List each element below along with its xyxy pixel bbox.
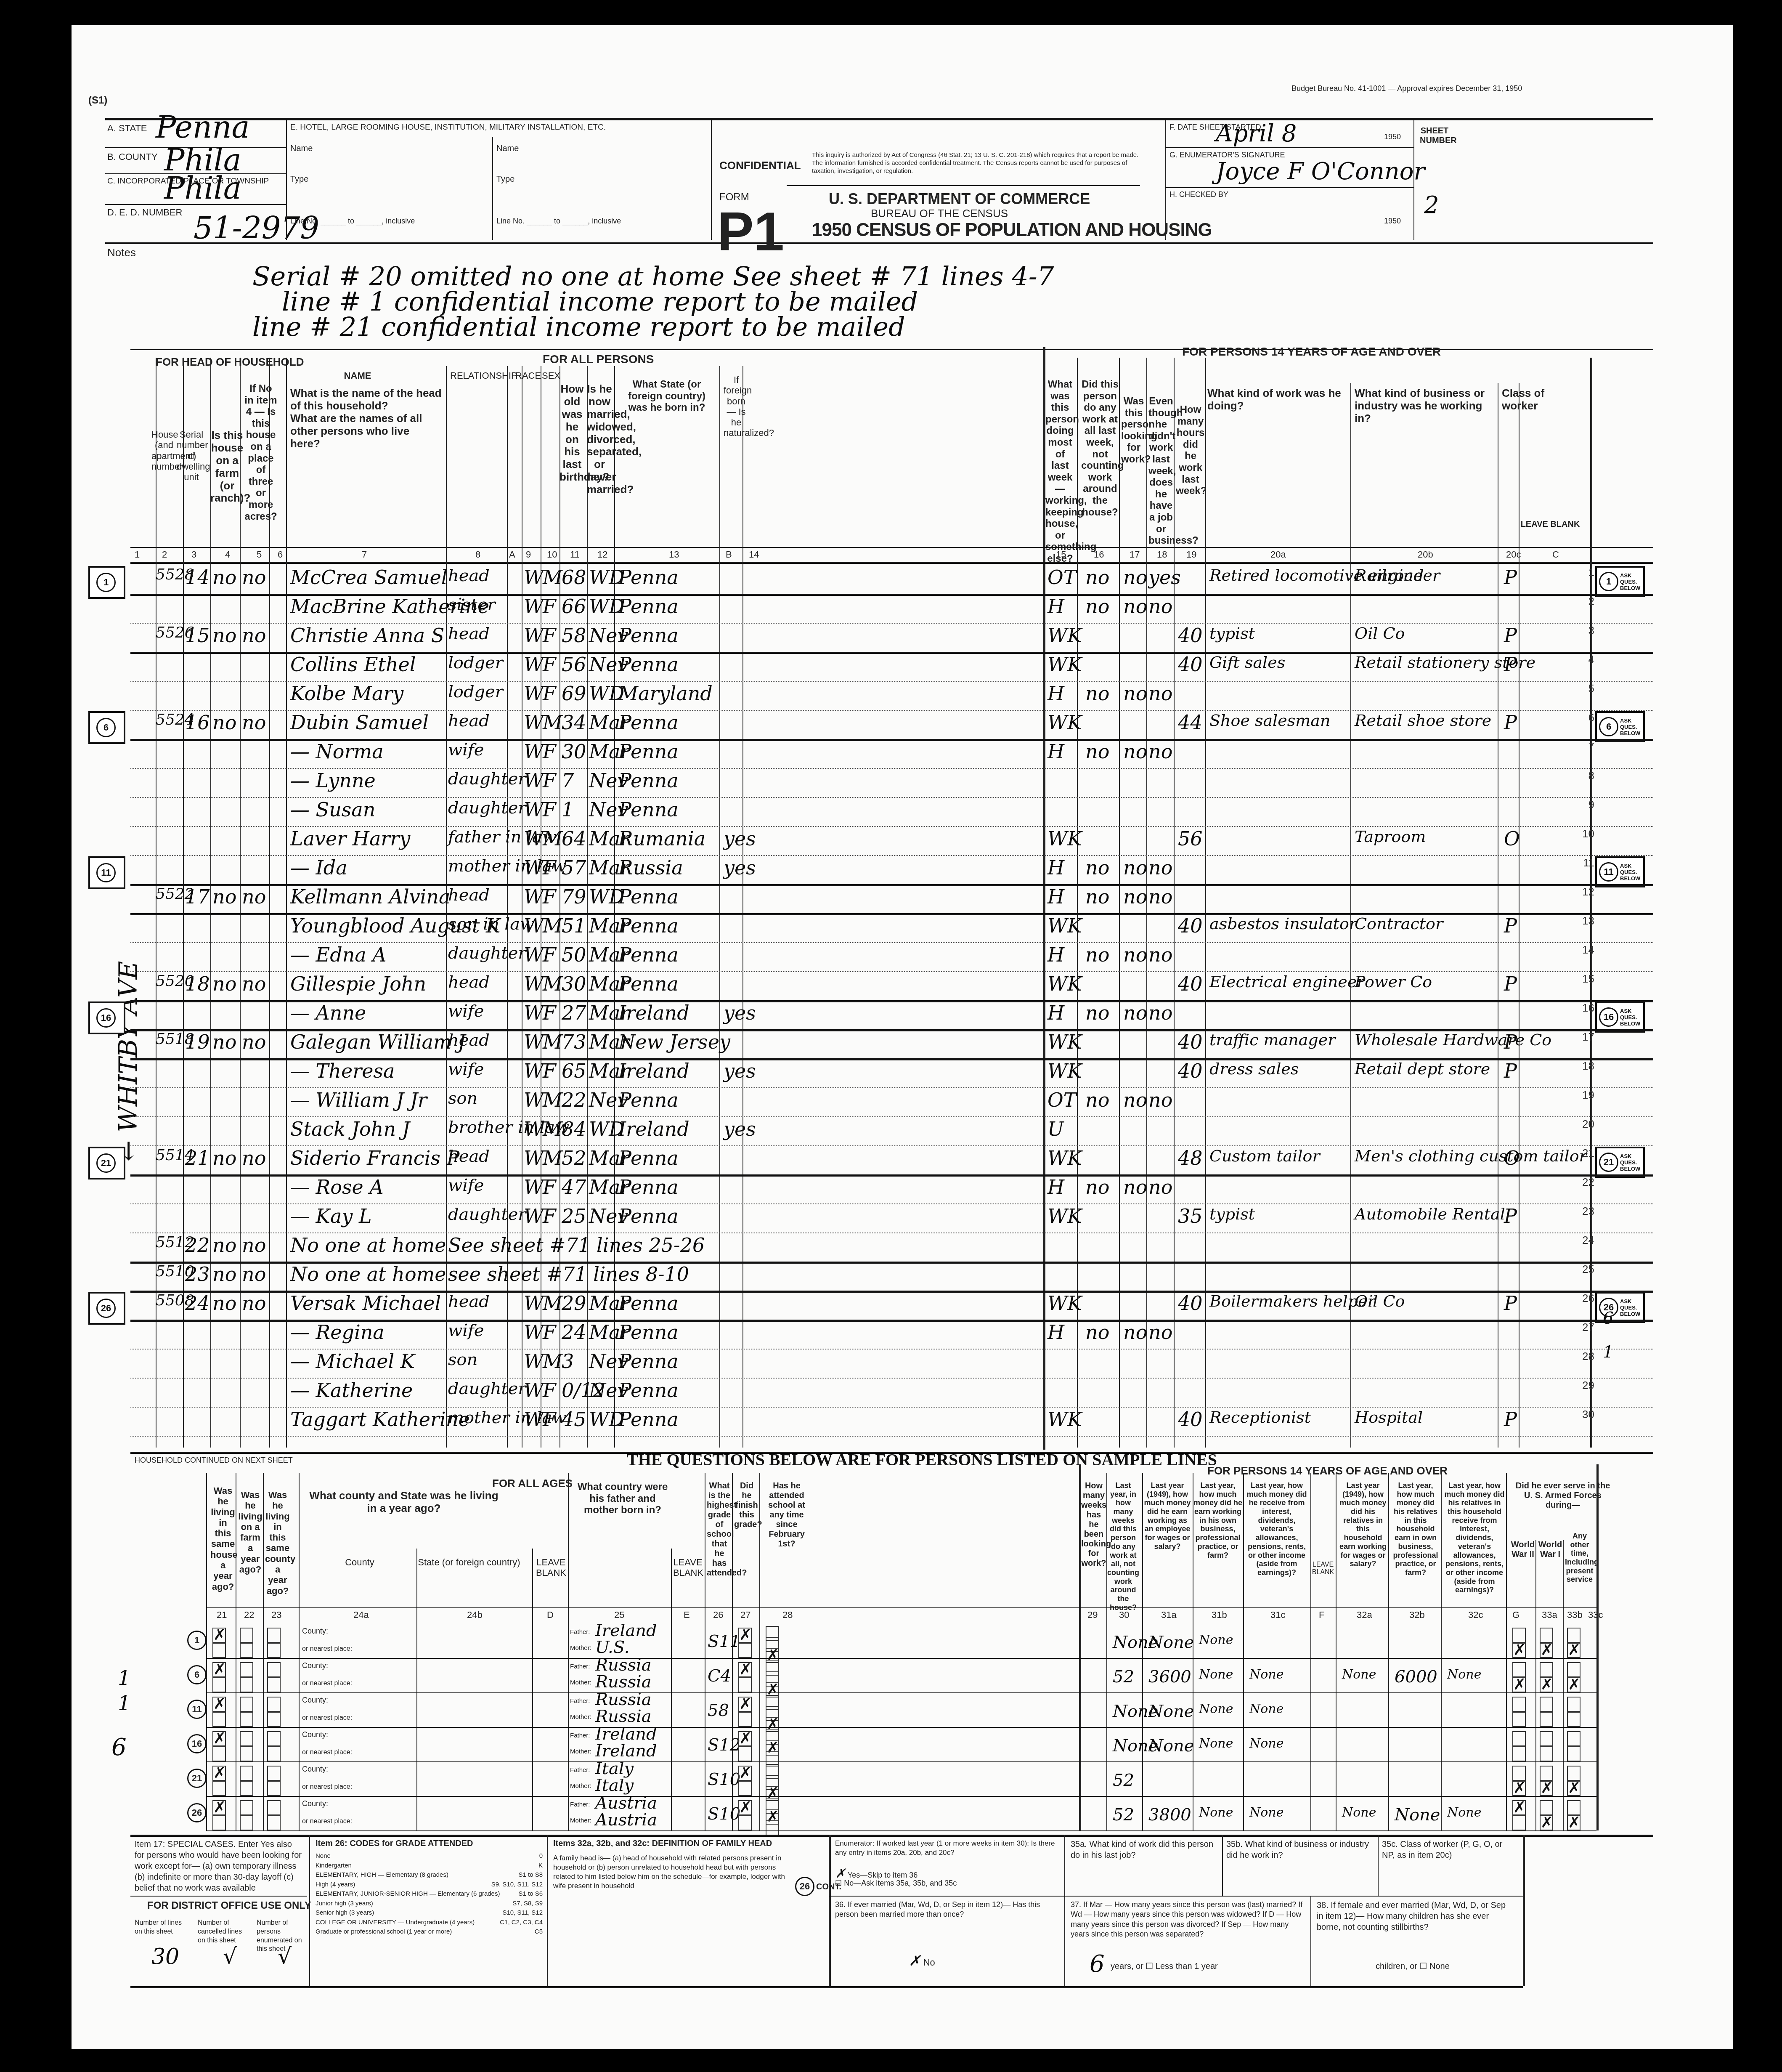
relationship: head [448, 885, 490, 905]
relationship: wife [448, 1176, 484, 1195]
finished-grade-yes-checkbox[interactable]: ✗ [738, 1766, 752, 1781]
same-county-no-checkbox[interactable] [267, 1677, 281, 1692]
same-house-no-checkbox[interactable] [212, 1815, 226, 1830]
same-county-no-checkbox[interactable] [267, 1643, 281, 1658]
table-row: 18— TheresawifeWF65MarIrelandyesWK40dres… [130, 1060, 1653, 1081]
other-service-yes-checkbox[interactable] [1567, 1628, 1580, 1643]
birthplace: Penna [618, 1147, 679, 1169]
notes-label: Notes [107, 246, 136, 259]
special-cases-note: Item 17: SPECIAL CASES. Enter Yes also f… [135, 1839, 303, 1894]
finished-grade-yes-checkbox[interactable]: ✗ [738, 1628, 752, 1643]
sample-number: 16 [1599, 1007, 1618, 1027]
ask-questions-tag: 11ASK QUES. BELOW [1595, 856, 1645, 887]
same-house-yes-checkbox[interactable]: ✗ [212, 1662, 226, 1677]
farm-no-checkbox[interactable] [240, 1746, 253, 1761]
relationship: wife [448, 1001, 484, 1021]
same-house-yes-checkbox[interactable]: ✗ [212, 1731, 226, 1746]
line-number: 18 [1582, 1060, 1594, 1073]
finished-grade-no-checkbox[interactable] [738, 1746, 752, 1761]
mother-label: Mother: [570, 1644, 591, 1652]
has-job: no [1148, 856, 1172, 879]
acres-answer: no [242, 885, 266, 908]
line-number: 6 [1588, 711, 1594, 724]
sex: F [543, 885, 556, 908]
sample-number: 1 [1599, 572, 1618, 591]
ww2-yes-checkbox[interactable] [1512, 1697, 1526, 1712]
col-leave-blank-head: LEAVE BLANK [1519, 520, 1582, 529]
county-label: County: [302, 1730, 328, 1739]
activity: WK [1047, 624, 1082, 647]
farm-no-checkbox[interactable] [240, 1643, 253, 1658]
table-row: 10Laver Harryfather in lawWM64MarRumania… [130, 827, 1653, 848]
age: 34 [562, 711, 586, 734]
farm-no-checkbox[interactable] [240, 1781, 253, 1796]
ww1-yes-checkbox[interactable] [1540, 1662, 1553, 1677]
state-label: a. STATE [107, 123, 147, 134]
other-service-no-checkbox[interactable]: ✗ [1567, 1815, 1580, 1830]
grade-code-value: K [538, 1861, 543, 1871]
col-sex-head: SEX [541, 370, 562, 381]
birthplace: Penna [618, 914, 679, 937]
ww1-no-checkbox[interactable] [1540, 1746, 1553, 1761]
ask-questions-tag: 1ASK QUES. BELOW [1595, 566, 1645, 597]
same-county-yes-checkbox[interactable] [267, 1628, 281, 1643]
grade-code-value: C5 [535, 1927, 543, 1937]
class-of-worker: P [1504, 914, 1517, 937]
sample-line-tag: 6 [88, 711, 125, 744]
school-over-age-checkbox[interactable] [766, 1820, 779, 1836]
grade-code-value: S1 to S8 [518, 1870, 543, 1880]
relatives-business-income: None [1395, 1805, 1440, 1825]
county-label: b. COUNTY [107, 151, 158, 162]
ww2-no-checkbox[interactable] [1512, 1815, 1526, 1830]
farm-yes-checkbox[interactable] [240, 1628, 253, 1643]
same-house-no-checkbox[interactable] [212, 1746, 226, 1761]
finished-grade-no-checkbox[interactable] [738, 1712, 752, 1727]
col-num: 8 [475, 549, 480, 560]
ask-questions-label: ASK QUES. BELOW [1620, 863, 1641, 882]
col-num: 2 [162, 549, 167, 560]
sex: F [543, 653, 556, 676]
line-number: 1 [1588, 566, 1594, 579]
birthplace: Penna [618, 1176, 679, 1198]
farm-yes-checkbox[interactable] [240, 1800, 253, 1815]
col-num: A [509, 549, 515, 560]
occupation: Custom tailor [1209, 1147, 1320, 1165]
age: 57 [562, 856, 586, 879]
age: 25 [562, 1205, 586, 1227]
q21-head: Was he living in this same house a year … [210, 1485, 236, 1592]
serial-number: 17 [185, 885, 210, 908]
q34-text: Enumerator: If worked last year (1 or mo… [835, 1839, 1062, 1857]
activity: WK [1047, 653, 1082, 676]
other-service-yes-checkbox[interactable] [1567, 1662, 1580, 1677]
sex: M [543, 827, 562, 850]
col-num: 1 [135, 549, 140, 560]
naturalized: yes [724, 856, 756, 879]
note-line-3: line # 21 confidential income report to … [252, 311, 905, 342]
person-name: Dubin Samuel [290, 711, 429, 734]
farm-answer: no [212, 566, 236, 589]
line-number: 12 [1582, 885, 1594, 898]
person-name: McCrea Samuel [290, 566, 447, 589]
birthplace: Penna [618, 1292, 679, 1315]
birthplace: Penna [618, 1350, 679, 1373]
business-income: None [1199, 1667, 1233, 1682]
col-marital-head: Is he now married, widowed, divorced, se… [587, 383, 612, 496]
looking-for-work: no [1123, 740, 1147, 763]
col-num: 31b [1212, 1610, 1227, 1620]
birthplace: Penna [618, 1205, 679, 1227]
age: 30 [562, 972, 586, 995]
ww1-no-checkbox[interactable]: ✗ [1540, 1781, 1553, 1796]
col-activity-head: What was this person doing most of last … [1045, 379, 1075, 565]
sample-number: 11 [1599, 862, 1618, 882]
age: 79 [562, 885, 586, 908]
other-service-yes-checkbox[interactable] [1567, 1731, 1580, 1746]
activity: H [1047, 885, 1064, 908]
birthplace: Penna [618, 740, 679, 763]
col-num: 19 [1186, 549, 1196, 560]
person-name: — Lynne [290, 769, 376, 792]
nearest-place-label: or nearest place: [302, 1818, 352, 1825]
finished-grade-yes-checkbox[interactable]: ✗ [738, 1731, 752, 1746]
ww1-no-checkbox[interactable]: ✗ [1540, 1643, 1553, 1658]
race: W [524, 1089, 544, 1111]
table-row: 22— Rose AwifeWF47MarPennaHnonono [130, 1176, 1653, 1197]
hours-worked: 40 [1178, 1408, 1203, 1431]
hours-worked: 56 [1178, 827, 1203, 850]
worked-last-week: no [1085, 856, 1109, 879]
sex: F [543, 769, 556, 792]
section-head-of-household: FOR HEAD OF HOUSEHOLD [156, 356, 304, 369]
same-county-yes-checkbox[interactable] [267, 1800, 281, 1815]
other-service-no-checkbox[interactable]: ✗ [1567, 1643, 1580, 1658]
same-house-yes-checkbox[interactable]: ✗ [212, 1697, 226, 1712]
farm-yes-checkbox[interactable] [240, 1697, 253, 1712]
person-name: — Susan [290, 798, 375, 821]
other-service-no-checkbox[interactable] [1567, 1746, 1580, 1761]
sample-number: 6 [1599, 717, 1618, 736]
other-service-no-checkbox[interactable] [1567, 1712, 1580, 1727]
sample-line-number: 16 [187, 1734, 207, 1753]
q36-answer[interactable]: ✗ No [909, 1952, 935, 1969]
business-income: None [1199, 1633, 1233, 1647]
table-row: 16— AnnewifeWF27MarIrelandyesHnonono1616… [130, 1001, 1653, 1023]
activity: WK [1047, 1147, 1082, 1169]
ww1-yes-checkbox[interactable] [1540, 1628, 1553, 1643]
person-name: No one at home [290, 1234, 446, 1256]
person-name: — Norma [290, 740, 384, 763]
district-office-title: FOR DISTRICT OFFICE USE ONLY [147, 1900, 311, 1912]
birthplace: Maryland [618, 682, 713, 705]
race: W [524, 798, 544, 821]
other-service-yes-checkbox[interactable] [1567, 1800, 1580, 1815]
finished-grade-no-checkbox[interactable] [738, 1677, 752, 1692]
naturalized: yes [724, 827, 756, 850]
worked-last-week: no [1085, 740, 1109, 763]
same-county-yes-checkbox[interactable] [267, 1697, 281, 1712]
table-row: 26550824nonoVersak MichaelheadWM29MarPen… [130, 1292, 1653, 1313]
margin-mark-1: 1 [118, 1666, 131, 1690]
wages-1949: None [1148, 1702, 1194, 1721]
finished-grade-yes-checkbox[interactable]: ✗ [738, 1662, 752, 1677]
sample-line-number: 11 [187, 1700, 207, 1719]
table-row: 3552615nonoChristie Anna SheadWF58NevPen… [130, 624, 1653, 645]
other-service-yes-checkbox[interactable] [1567, 1766, 1580, 1781]
same-county-yes-checkbox[interactable] [267, 1766, 281, 1781]
census-sheet: (S1) Budget Bureau No. 41-1001 — Approva… [72, 25, 1733, 2049]
relationship: head [448, 972, 490, 992]
col-name-q1: What is the name of the head of this hou… [290, 387, 442, 412]
finished-grade-no-checkbox[interactable] [738, 1781, 752, 1796]
line-number: 3 [1588, 624, 1594, 637]
birthplace: Penna [618, 885, 679, 908]
race: W [524, 1205, 544, 1227]
industry: Wholesale Hardware Co [1355, 1031, 1551, 1049]
ww2-no-checkbox[interactable]: ✗ [1512, 1781, 1526, 1796]
table-row: 30Taggart Katherinemother in lawWF45WDPe… [130, 1408, 1653, 1429]
age: 29 [562, 1292, 586, 1315]
finished-grade-no-checkbox[interactable] [738, 1643, 752, 1658]
q31c-head: Last year, how much money did he receive… [1245, 1481, 1308, 1577]
for-all-ages: FOR ALL AGES [492, 1477, 573, 1490]
inst-name-label-1: Name [290, 144, 313, 154]
table-row: 14— Edna AdaughterWF50MarPennaHnonono [130, 943, 1653, 964]
person-name: Taggart Katherine [290, 1408, 470, 1431]
worked-last-week: no [1085, 595, 1109, 618]
ww1-yes-checkbox[interactable] [1540, 1731, 1553, 1746]
line-number: 2 [1588, 595, 1594, 608]
race: W [524, 1118, 544, 1140]
col-num: 29 [1087, 1610, 1098, 1620]
class-of-worker: O [1504, 1147, 1520, 1169]
business-income: None [1199, 1702, 1233, 1716]
ww2-no-checkbox[interactable]: ✗ [1512, 1677, 1526, 1692]
col-house-head: House (and apartment) number [151, 429, 177, 472]
same-house-yes-checkbox[interactable]: ✗ [212, 1766, 226, 1781]
q33c-head: Any other time, including present servic… [1565, 1532, 1594, 1584]
ww1-yes-checkbox[interactable] [1540, 1697, 1553, 1712]
ww2-no-checkbox[interactable] [1512, 1746, 1526, 1761]
industry: Hospital [1355, 1408, 1423, 1426]
finished-grade-yes-checkbox[interactable]: ✗ [738, 1697, 752, 1712]
other-income: None [1249, 1667, 1283, 1682]
q34-no[interactable]: ☐ No—Ask items 35a, 35b, and 35c [835, 1879, 957, 1888]
farm-yes-checkbox[interactable] [240, 1731, 253, 1746]
sex: F [543, 595, 556, 618]
other-service-yes-checkbox[interactable] [1567, 1697, 1580, 1712]
grade-code-row: ELEMENTARY, JUNIOR-SENIOR HIGH — Element… [316, 1889, 543, 1899]
lines-on-sheet: 30 [151, 1944, 179, 1969]
acres-answer: no [242, 1031, 266, 1053]
ww2-yes-checkbox[interactable]: ✗ [1512, 1800, 1526, 1815]
q26-head: What is the highest grade of school that… [707, 1481, 732, 1578]
ww2-no-checkbox[interactable]: ✗ [1512, 1643, 1526, 1658]
hours-worked: 40 [1178, 914, 1203, 937]
col-num: G [1512, 1610, 1519, 1620]
activity: U [1047, 1118, 1064, 1140]
ask-questions-label: ASK QUES. BELOW [1620, 572, 1641, 591]
birthplace: Rumania [618, 827, 705, 850]
industry: Railroad [1355, 566, 1424, 584]
class-of-worker: P [1504, 711, 1517, 734]
col-num: 24b [467, 1610, 483, 1620]
relationship: lodger [448, 682, 503, 701]
dept-name: U. S. DEPARTMENT OF COMMERCE [829, 190, 1090, 208]
sample-number: 21 [96, 1153, 116, 1173]
other-service-no-checkbox[interactable]: ✗ [1567, 1677, 1580, 1692]
finished-grade-no-checkbox[interactable] [738, 1815, 752, 1830]
same-county-no-checkbox[interactable] [267, 1781, 281, 1796]
activity: WK [1047, 1205, 1082, 1227]
race: W [524, 914, 544, 937]
farm-yes-checkbox[interactable] [240, 1766, 253, 1781]
industry: Taproom [1355, 827, 1426, 846]
lines-on-sheet-label: Number of lines on this sheet [135, 1919, 185, 1937]
ed-label: d. E. D. NUMBER [107, 207, 182, 218]
grade-codes-list: None0KindergartenKELEMENTARY, HIGH — Ele… [316, 1852, 543, 1937]
ww2-yes-checkbox[interactable] [1512, 1731, 1526, 1746]
q25-head: What country were his father and mother … [576, 1481, 669, 1516]
farm-yes-checkbox[interactable] [240, 1662, 253, 1677]
sample-line-number: 6 [187, 1665, 207, 1684]
wages-1949: 3800 [1148, 1805, 1191, 1825]
occupation: typist [1209, 624, 1255, 643]
ask-questions-label: ASK QUES. BELOW [1620, 1298, 1641, 1317]
same-county-no-checkbox[interactable] [267, 1746, 281, 1761]
confidential-label: CONFIDENTIAL [719, 159, 801, 172]
mother-label: Mother: [570, 1782, 591, 1790]
same-county-no-checkbox[interactable] [267, 1712, 281, 1727]
ww1-yes-checkbox[interactable] [1540, 1766, 1553, 1781]
same-house-yes-checkbox[interactable]: ✗ [212, 1628, 226, 1643]
line-number: 24 [1582, 1234, 1594, 1247]
birthplace: Penna [618, 711, 679, 734]
same-county-yes-checkbox[interactable] [267, 1662, 281, 1677]
farm-no-checkbox[interactable] [240, 1712, 253, 1727]
relationship: daughter [448, 1205, 526, 1224]
nearest-place-label: or nearest place: [302, 1714, 352, 1722]
ww2-yes-checkbox[interactable] [1512, 1766, 1526, 1781]
finished-grade-yes-checkbox[interactable]: ✗ [738, 1800, 752, 1815]
col-num: 7 [362, 549, 367, 560]
relationship: head [448, 711, 490, 731]
line-number: 23 [1582, 1205, 1594, 1218]
grade-code-label: ELEMENTARY, HIGH — Elementary (8 grades) [316, 1870, 448, 1880]
other-income: None [1249, 1702, 1283, 1716]
grade-code-label: COLLEGE OR UNIVERSITY — Undergraduate (4… [316, 1918, 475, 1928]
person-name: No one at home [290, 1263, 446, 1286]
farm-no-checkbox[interactable] [240, 1677, 253, 1692]
table-row: 25551023nonoNo one at homesee sheet #71 … [130, 1263, 1653, 1284]
same-house-no-checkbox[interactable] [212, 1781, 226, 1796]
col-num: 31a [1161, 1610, 1177, 1620]
same-county-yes-checkbox[interactable] [267, 1731, 281, 1746]
same-house-yes-checkbox[interactable]: ✗ [212, 1800, 226, 1815]
farm-no-checkbox[interactable] [240, 1815, 253, 1830]
has-job: yes [1148, 566, 1181, 589]
same-house-no-checkbox[interactable] [212, 1712, 226, 1727]
looking-for-work: no [1123, 1001, 1147, 1024]
grade-code-label: ELEMENTARY, JUNIOR-SENIOR HIGH — Element… [316, 1889, 500, 1899]
grade-code-row: Junior high (3 years)S7, S8, S9 [316, 1899, 543, 1909]
worked-last-week: no [1085, 1176, 1109, 1198]
ww1-no-checkbox[interactable] [1540, 1712, 1553, 1727]
ww1-no-checkbox[interactable]: ✗ [1540, 1677, 1553, 1692]
same-county-no-checkbox[interactable] [267, 1815, 281, 1830]
ww1-yes-checkbox[interactable] [1540, 1800, 1553, 1815]
worked-last-week: no [1085, 566, 1109, 589]
institution-label: e. HOTEL, LARGE ROOMING HOUSE, INSTITUTI… [290, 123, 606, 132]
col-name-q2: What are the names of all other persons … [290, 412, 442, 450]
col-num: 17 [1130, 549, 1140, 560]
inst-lines-1: Line No. ______ to ______, inclusive [290, 217, 415, 226]
sex: F [543, 943, 556, 966]
sample-number: 1 [96, 573, 116, 592]
sex: F [543, 682, 556, 705]
birthplace: Penna [618, 1089, 679, 1111]
col-num: 33c [1588, 1610, 1603, 1620]
race: W [524, 1350, 544, 1373]
birthplace: Penna [618, 566, 679, 589]
person-name: — Michael K [290, 1350, 415, 1373]
sex: M [543, 566, 562, 589]
col-num: 30 [1119, 1610, 1129, 1620]
place-value: Phila [164, 170, 241, 206]
relatives-business-income: 6000 [1395, 1667, 1437, 1687]
ww2-yes-checkbox[interactable] [1512, 1662, 1526, 1677]
serial-number: 16 [185, 711, 210, 734]
relatives-other-income: None [1447, 1805, 1481, 1820]
sex: F [543, 624, 556, 647]
checked-by-label: h. CHECKED BY [1169, 190, 1228, 199]
col-num: 15 [1056, 549, 1066, 560]
table-row: 2MacBrine KatherinesisterWF66WDPennaHnon… [130, 595, 1653, 616]
hours-worked: 44 [1178, 711, 1203, 734]
same-house-no-checkbox[interactable] [212, 1643, 226, 1658]
sex: F [543, 1060, 556, 1082]
race: W [524, 1001, 544, 1024]
q27-head: Did he finish this grade? [734, 1481, 759, 1530]
col-work-head: Did this person do any work at all last … [1081, 379, 1119, 518]
form-id: P1 [717, 204, 784, 259]
farm-answer: no [212, 972, 236, 995]
grade-code-label: None [316, 1852, 331, 1861]
birthplace: Penna [618, 798, 679, 821]
sex: M [543, 1147, 562, 1169]
person-name: Galegan William J [290, 1031, 466, 1053]
age: 50 [562, 943, 586, 966]
county-label: County: [302, 1627, 328, 1636]
section-all-persons: FOR ALL PERSONS [543, 353, 654, 366]
grade-code-row: COLLEGE OR UNIVERSITY — Undergraduate (4… [316, 1918, 543, 1928]
col-num: 22 [244, 1610, 254, 1620]
relationship: daughter [448, 769, 526, 789]
q24-leave-blank: LEAVE BLANK [534, 1557, 568, 1578]
race: W [524, 1176, 544, 1198]
ww2-yes-checkbox[interactable] [1512, 1628, 1526, 1643]
hours-worked: 40 [1178, 972, 1203, 995]
relationship: lodger [448, 653, 503, 672]
q37-text: 37. If Mar — How many years since this p… [1071, 1900, 1306, 1939]
ww1-no-checkbox[interactable]: ✗ [1540, 1815, 1553, 1830]
margin-mark-2: 1 [118, 1692, 131, 1715]
same-house-no-checkbox[interactable] [212, 1677, 226, 1692]
other-service-no-checkbox[interactable]: ✗ [1567, 1781, 1580, 1796]
col-num: 12 [597, 549, 607, 560]
ww2-no-checkbox[interactable] [1512, 1712, 1526, 1727]
